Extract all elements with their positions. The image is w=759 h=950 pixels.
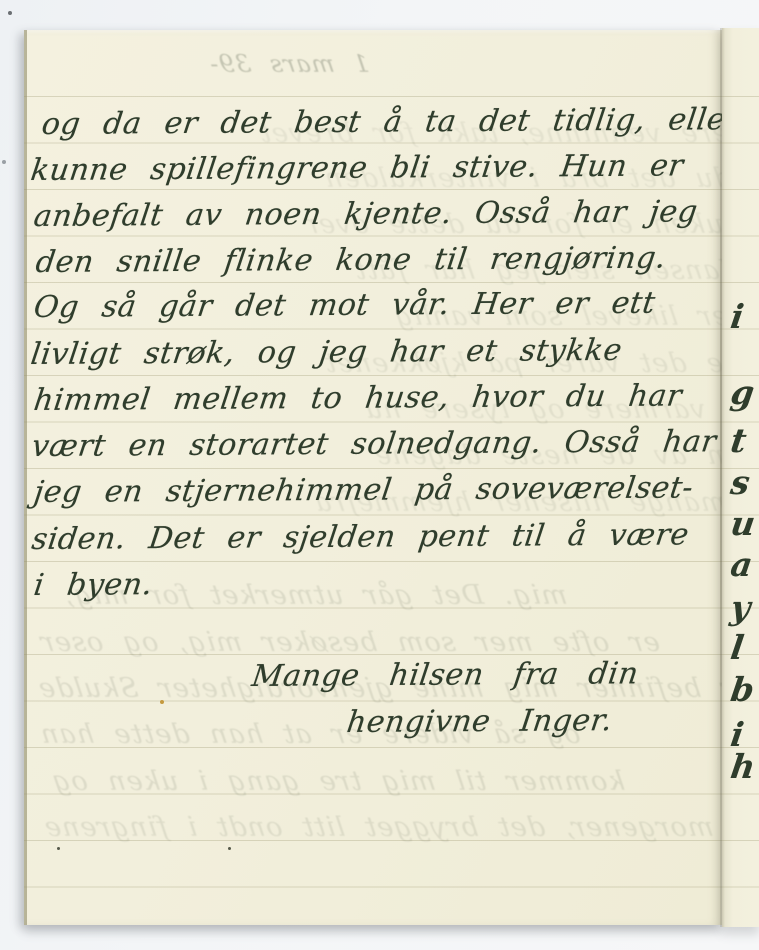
- handwriting-line: Mange hilsen fra din: [250, 659, 640, 692]
- dust-speck: [160, 700, 164, 704]
- handwriting-line: og da er det best å ta det tidlig, eller…: [40, 105, 722, 140]
- adjacent-page-edge: igtsuaylbih: [722, 28, 759, 927]
- adjacent-page-letter-fragment: h: [729, 750, 758, 783]
- handwriting-line: vært en storartet solnedgang. Osså har: [30, 427, 718, 462]
- dust-speck: [57, 847, 60, 850]
- adjacent-page-letter-fragment: t: [729, 424, 749, 457]
- adjacent-page-letter-fragment: a: [729, 548, 755, 581]
- bleedthrough-line: 1 mars 39-: [207, 52, 370, 76]
- letter-page: 1 mars 39-Kjære venninne, takk for breve…: [24, 30, 722, 925]
- adjacent-page-letter-fragment: y: [729, 591, 753, 624]
- handwriting-line: himmel mellem to huse, hvor du har: [32, 381, 684, 416]
- handwriting-line: siden. Det er sjelden pent til å være: [30, 520, 691, 555]
- adjacent-page-letter-fragment: b: [729, 673, 757, 706]
- adjacent-page-letter-fragment: s: [729, 466, 752, 499]
- scan-background: 1 mars 39-Kjære venninne, takk for breve…: [0, 0, 759, 950]
- handwriting-line: jeg en stjernehimmel på soveværelset-: [32, 473, 695, 508]
- handwriting-line: Og så går det mot vår. Her er ett: [32, 289, 657, 323]
- handwriting-line: i byen.: [32, 570, 155, 601]
- handwriting-line: anbefalt av noen kjente. Osså har jeg: [32, 197, 699, 232]
- handwriting-line: den snille flinke kone til rengjøring.: [34, 244, 668, 278]
- bleedthrough-line: er ofte mer som besøker mig, og oser: [38, 629, 661, 656]
- adjacent-page-letter-fragment: i: [729, 300, 746, 333]
- adjacent-page-letter-fragment: u: [729, 507, 758, 540]
- handwriting-line: hengivne Inger.: [345, 706, 614, 738]
- bleedthrough-line: morgener, det brygget litt ondt i fingre…: [42, 814, 715, 841]
- bleedthrough-line: kommer til mig tre gang i uken og: [50, 768, 626, 795]
- adjacent-page-letter-fragment: g: [729, 376, 757, 409]
- handwriting-line: livligt strøk, og jeg har et stykke: [29, 336, 624, 370]
- dust-speck: [8, 11, 12, 15]
- handwriting-line: kunne spillefingrene bli stive. Hun er: [29, 151, 685, 186]
- adjacent-page-letter-fragment: l: [729, 631, 746, 664]
- dust-speck: [2, 160, 6, 164]
- dust-speck: [228, 847, 231, 850]
